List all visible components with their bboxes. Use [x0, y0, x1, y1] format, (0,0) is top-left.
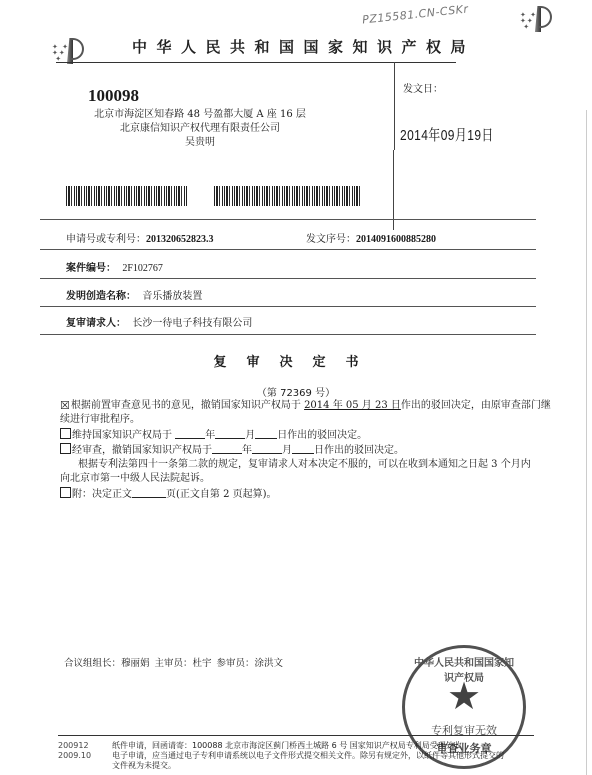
serial-number: 发文序号：2014091600885280: [306, 230, 436, 245]
addressee-attorney: 吴贵明: [0, 136, 400, 150]
invention-title-label: 发明创造名称：: [66, 291, 136, 302]
star-icon: ★: [405, 676, 523, 716]
document-title: 复审决定书: [0, 351, 592, 370]
invention-title: 发明创造名称： 音乐播放装置: [66, 287, 202, 302]
serial-number-label: 发文序号：: [306, 234, 356, 245]
footer-rule: [58, 735, 534, 736]
serial-number-value: 2014091600885280: [356, 234, 436, 245]
stars-icon: ✦ ✦✦✦ ✦: [520, 12, 537, 30]
form-date: 2009.10: [58, 751, 91, 761]
form-code: 200912: [58, 741, 89, 751]
rule: [40, 219, 536, 220]
application-number: 申请号或专利号：201320652823.3: [66, 230, 214, 245]
option-revoke-after-review: 经审查，撤销国家知识产权局于年月日作出的驳回决定。: [60, 443, 404, 458]
date-divider-lower: [393, 150, 394, 230]
scan-edge: [586, 110, 587, 775]
issue-date-label: 发文日：: [403, 80, 443, 95]
case-number-value: 2F102767: [122, 263, 163, 274]
checkbox-unchecked[interactable]: [60, 487, 71, 498]
rule: [40, 306, 536, 307]
option-revoke-prereview: ☒根据前置审查意见书的意见，撤销国家知识产权局于 2014 年 05 月 23 …: [60, 399, 551, 413]
case-number: 案件编号： 2F102767: [66, 259, 163, 274]
invention-title-value: 音乐播放装置: [142, 291, 202, 302]
barcode: [214, 186, 362, 206]
case-number-label: 案件编号：: [66, 263, 116, 274]
requester-value: 长沙一待电子科技有限公司: [132, 318, 252, 329]
rule: [40, 334, 536, 335]
option-revoke-continuation: 续进行审批程序。: [60, 413, 140, 427]
appeal-notice-line1: 根据专利法第四十一条第二款的规定，复审请求人对本决定不服的，可以在收到本通知之日…: [78, 458, 531, 472]
postcode: 100098: [88, 86, 139, 106]
rejection-date: 2014 年 05 月 23 日: [304, 400, 401, 411]
rule: [40, 249, 536, 250]
header-rule: [56, 62, 456, 63]
application-number-label: 申请号或专利号：: [66, 234, 146, 245]
footer-line2: 电子申请，应当通过电子专利申请系统以电子文件形式提交相关文件。除另有规定外，以纸…: [112, 751, 504, 761]
decision-number: （第 72369 号）: [0, 384, 592, 399]
option-maintain: 维持国家知识产权局于 年月日作出的驳回决定。: [60, 428, 367, 443]
addressee-firm: 北京康信知识产权代理有限责任公司: [0, 122, 400, 136]
panel-signatures: 合议组组长：穆丽娟 主审员：杜宇 参审员：涂洪文: [64, 655, 283, 669]
requester-label: 复审请求人：: [66, 318, 126, 329]
handwritten-note: PZ15581.CN-CSKr: [362, 2, 469, 26]
checkbox-unchecked[interactable]: [60, 443, 71, 454]
stars-icon: ✦ ✦✦✦ ✦: [52, 44, 69, 62]
appeal-notice-line2: 向北京市第一中级人民法院起诉。: [60, 472, 210, 486]
issue-date-value: 2014年09月19日: [400, 124, 494, 145]
agency-name: 中华人民共和国国家知识产权局: [132, 36, 475, 57]
barcode: [66, 186, 188, 206]
rule: [40, 278, 536, 279]
requester: 复审请求人： 长沙一待电子科技有限公司: [66, 314, 252, 329]
checkbox-checked[interactable]: ☒: [60, 401, 70, 410]
attachment-line: 附：决定正文页(正文自第 2 页起算)。: [60, 487, 277, 502]
application-number-value: 201320652823.3: [146, 234, 214, 245]
checkbox-unchecked[interactable]: [60, 428, 71, 439]
footer-line3: 文件视为未提交。: [112, 761, 176, 771]
footer-line1: 纸件申请，回函请寄：100088 北京市海淀区蓟门桥西土城路 6 号 国家知识产…: [112, 741, 462, 751]
addressee-address: 北京市海淀区知春路 48 号盈都大厦 A 座 16 层: [0, 108, 400, 122]
sipo-logo-icon: ✦ ✦✦✦ ✦: [520, 4, 554, 34]
